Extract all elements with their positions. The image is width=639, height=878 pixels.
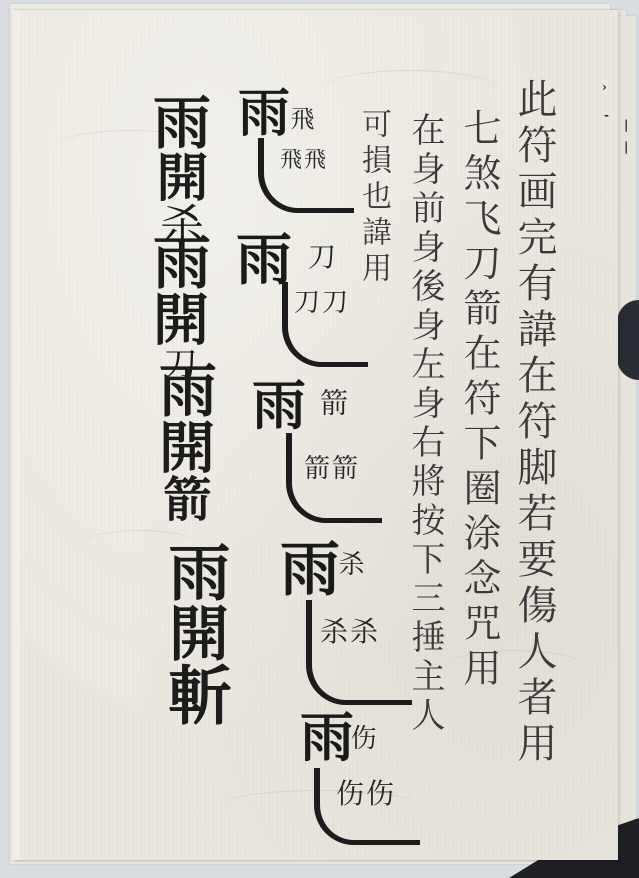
talisman-head-char: 雨 [252, 378, 306, 432]
talisman-head-char: 雨 [236, 232, 292, 288]
talisman-char: 雨 [143, 92, 211, 150]
talisman-char: 開 [144, 290, 210, 346]
talisman-knife: 雨 刀 刀刀 [236, 232, 371, 377]
bleed-mark: - [604, 108, 609, 122]
bleed-mark: › [602, 80, 607, 94]
talisman-inner-top: 飛 [288, 106, 312, 132]
talisman-arrow: 雨 箭 箭箭 [252, 378, 387, 528]
talisman-char: 雨 [143, 232, 211, 290]
talisman-inner-bottom: 伤伤 [336, 780, 396, 808]
talisman-char: 雨 [158, 540, 231, 602]
talisman-char: 雨 [149, 360, 217, 418]
talisman-kill: 雨 杀 杀杀 [280, 540, 420, 710]
bleed-mark: | [624, 140, 628, 154]
dark-object-edge [617, 300, 639, 380]
talisman-head-char: 雨 [280, 540, 340, 600]
talisman-head-char: 雨 [238, 88, 290, 140]
talisman-char: 斬 [157, 662, 232, 726]
talisman-char: 箭 [155, 474, 211, 522]
talisman-inner-top: 伤 [348, 724, 374, 752]
talisman-inner-bottom: 箭箭 [304, 456, 360, 482]
talisman-inner-bottom: 飛飛 [280, 150, 328, 172]
text-column-1: 此符画完有諱在符脚若要傷人者用 [514, 78, 554, 768]
talisman-open-arrow: 雨開箭 [154, 360, 212, 522]
talisman-inner-top: 箭 [318, 388, 346, 418]
text-column-2: 七煞飞刀箭在符下圈涂念咒用 [460, 108, 498, 693]
talisman-inner-top: 刀 [306, 242, 334, 272]
talisman-wound: 雨 伤 伤伤 [300, 710, 430, 850]
talisman-char: 開 [150, 418, 216, 474]
talisman-inner-bottom: 刀刀 [294, 290, 350, 316]
talisman-char: 開 [147, 150, 208, 202]
talisman-inner-top: 杀 [336, 550, 362, 578]
talisman-open-knife: 雨開刀 [148, 232, 206, 380]
talisman-fly: 雨 飛 飛飛 [238, 88, 358, 218]
talisman-open-behead: 雨開斬 [162, 540, 226, 726]
talisman-open-kill: 雨開杀 [148, 92, 206, 246]
talisman-inner-bottom: 杀杀 [320, 618, 380, 646]
talisman-char: 開 [159, 602, 229, 662]
bleed-mark: | [624, 118, 628, 132]
